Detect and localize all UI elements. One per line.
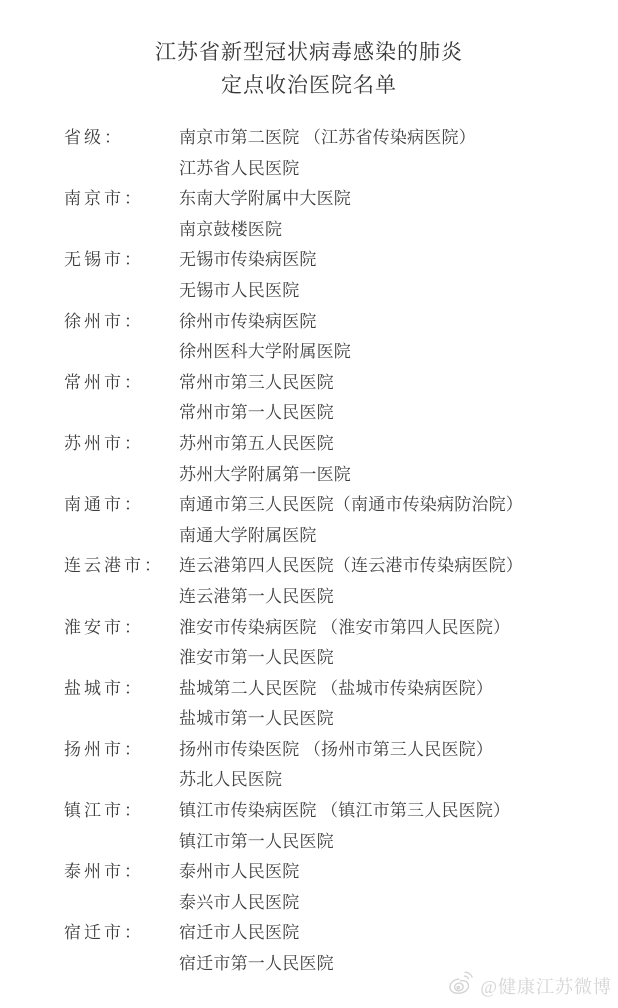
list-row: 徐州医科大学附属医院: [64, 337, 618, 368]
hospital-name: 淮安市第一人民医院: [179, 643, 618, 674]
region-label: 省级：: [64, 123, 179, 154]
region-label-spacer: [64, 582, 179, 613]
list-row: 徐州市： 徐州市传染病医院: [64, 307, 618, 338]
region-label: 盐城市：: [64, 674, 179, 705]
hospital-name: 徐州医科大学附属医院: [179, 337, 618, 368]
list-row: 盐城市： 盐城第二人民医院 （盐城市传染病医院）: [64, 674, 618, 705]
region-label-spacer: [64, 827, 179, 858]
region-label-spacer: [64, 949, 179, 980]
region-label: 连云港市：: [64, 551, 179, 582]
hospital-name: 淮安市传染病医院 （淮安市第四人民医院）: [179, 613, 618, 644]
hospital-name: 泰州市人民医院: [179, 857, 618, 888]
region-label: 无锡市：: [64, 245, 179, 276]
list-row: 苏州大学附属第一医院: [64, 460, 618, 491]
hospital-name: 泰兴市人民医院: [179, 888, 618, 919]
hospital-name: 苏州市第五人民医院: [179, 429, 618, 460]
hospital-name: 连云港第一人民医院: [179, 582, 618, 613]
list-row: 南通大学附属医院: [64, 521, 618, 552]
region-label-spacer: [64, 704, 179, 735]
list-row: 宿迁市： 宿迁市人民医院: [64, 918, 618, 949]
hospital-group-wuxi: 无锡市： 无锡市传染病医院 无锡市人民医院: [64, 245, 618, 306]
hospital-group-changzhou: 常州市： 常州市第三人民医院 常州市第一人民医院: [64, 368, 618, 429]
region-label: 镇江市：: [64, 796, 179, 827]
hospital-name: 连云港第四人民医院（连云港市传染病医院）: [179, 551, 618, 582]
hospital-group-yancheng: 盐城市： 盐城第二人民医院 （盐城市传染病医院） 盐城市第一人民医院: [64, 674, 618, 735]
region-label: 泰州市：: [64, 857, 179, 888]
region-label: 淮安市：: [64, 613, 179, 644]
hospital-name: 常州市第一人民医院: [179, 398, 618, 429]
list-row: 镇江市： 镇江市传染病医院 （镇江市第三人民医院）: [64, 796, 618, 827]
region-label-spacer: [64, 888, 179, 919]
region-label-spacer: [64, 337, 179, 368]
hospital-name: 无锡市传染病医院: [179, 245, 618, 276]
list-row: 淮安市： 淮安市传染病医院 （淮安市第四人民医院）: [64, 613, 618, 644]
region-label-spacer: [64, 398, 179, 429]
hospital-name: 苏北人民医院: [179, 765, 618, 796]
hospital-name: 南京鼓楼医院: [179, 215, 618, 246]
hospital-name: 扬州市传染医院 （扬州市第三人民医院）: [179, 735, 618, 766]
weibo-logo-icon: [444, 968, 479, 1005]
region-label: 南通市：: [64, 490, 179, 521]
hospital-name: 南通大学附属医院: [179, 521, 618, 552]
hospital-group-lianyungang: 连云港市： 连云港第四人民医院（连云港市传染病医院） 连云港第一人民医院: [64, 551, 618, 612]
hospital-group-xuzhou: 徐州市： 徐州市传染病医院 徐州医科大学附属医院: [64, 307, 618, 368]
hospital-name: 江苏省人民医院: [179, 154, 618, 185]
hospital-group-huaian: 淮安市： 淮安市传染病医院 （淮安市第四人民医院） 淮安市第一人民医院: [64, 613, 618, 674]
hospital-name: 徐州市传染病医院: [179, 307, 618, 338]
title-line-1: 江苏省新型冠状病毒感染的肺炎: [0, 36, 618, 69]
list-row: 镇江市第一人民医院: [64, 827, 618, 858]
list-row: 苏州市： 苏州市第五人民医院: [64, 429, 618, 460]
list-row: 南京市： 东南大学附属中大医院: [64, 184, 618, 215]
document-title: 江苏省新型冠状病毒感染的肺炎 定点收治医院名单: [0, 36, 618, 102]
hospital-name: 盐城市第一人民医院: [179, 704, 618, 735]
region-label-spacer: [64, 215, 179, 246]
list-row: 无锡市人民医院: [64, 276, 618, 307]
hospital-group-zhenjiang: 镇江市： 镇江市传染病医院 （镇江市第三人民医院） 镇江市第一人民医院: [64, 796, 618, 857]
document-page: 江苏省新型冠状病毒感染的肺炎 定点收治医院名单 省级： 南京市第二医院 （江苏省…: [0, 0, 618, 1008]
list-row: 江苏省人民医院: [64, 154, 618, 185]
region-label-spacer: [64, 154, 179, 185]
hospital-name: 苏州大学附属第一医院: [179, 460, 618, 491]
list-row: 连云港第一人民医院: [64, 582, 618, 613]
title-line-2: 定点收治医院名单: [0, 69, 618, 102]
region-label-spacer: [64, 643, 179, 674]
list-row: 连云港市： 连云港第四人民医院（连云港市传染病医院）: [64, 551, 618, 582]
watermark-text: @健康江苏微博: [480, 973, 612, 999]
region-label-spacer: [64, 521, 179, 552]
hospital-group-nantong: 南通市： 南通市第三人民医院（南通市传染病防治院） 南通大学附属医院: [64, 490, 618, 551]
hospital-name: 无锡市人民医院: [179, 276, 618, 307]
hospital-group-nanjing: 南京市： 东南大学附属中大医院 南京鼓楼医院: [64, 184, 618, 245]
region-label: 南京市：: [64, 184, 179, 215]
list-row: 泰兴市人民医院: [64, 888, 618, 919]
region-label-spacer: [64, 276, 179, 307]
region-label: 常州市：: [64, 368, 179, 399]
hospital-name: 镇江市第一人民医院: [179, 827, 618, 858]
region-label: 扬州市：: [64, 735, 179, 766]
hospital-group-suzhou: 苏州市： 苏州市第五人民医院 苏州大学附属第一医院: [64, 429, 618, 490]
list-row: 南京鼓楼医院: [64, 215, 618, 246]
list-row: 淮安市第一人民医院: [64, 643, 618, 674]
list-row: 常州市第一人民医院: [64, 398, 618, 429]
hospital-group-taizhou: 泰州市： 泰州市人民医院 泰兴市人民医院: [64, 857, 618, 918]
hospital-name: 镇江市传染病医院 （镇江市第三人民医院）: [179, 796, 618, 827]
list-row: 南通市： 南通市第三人民医院（南通市传染病防治院）: [64, 490, 618, 521]
list-row: 泰州市： 泰州市人民医院: [64, 857, 618, 888]
region-label: 苏州市：: [64, 429, 179, 460]
hospital-group-yangzhou: 扬州市： 扬州市传染医院 （扬州市第三人民医院） 苏北人民医院: [64, 735, 618, 796]
hospital-list: 省级： 南京市第二医院 （江苏省传染病医院） 江苏省人民医院 南京市： 东南大学…: [64, 123, 618, 980]
list-row: 盐城市第一人民医院: [64, 704, 618, 735]
hospital-name: 盐城第二人民医院 （盐城市传染病医院）: [179, 674, 618, 705]
hospital-name: 宿迁市人民医院: [179, 918, 618, 949]
list-row: 扬州市： 扬州市传染医院 （扬州市第三人民医院）: [64, 735, 618, 766]
weibo-watermark: @健康江苏微博: [446, 970, 612, 1002]
hospital-name: 南京市第二医院 （江苏省传染病医院）: [179, 123, 618, 154]
list-row: 苏北人民医院: [64, 765, 618, 796]
hospital-name: 东南大学附属中大医院: [179, 184, 618, 215]
hospital-group-provincial: 省级： 南京市第二医院 （江苏省传染病医院） 江苏省人民医院: [64, 123, 618, 184]
region-label-spacer: [64, 765, 179, 796]
region-label: 徐州市：: [64, 307, 179, 338]
list-row: 常州市： 常州市第三人民医院: [64, 368, 618, 399]
hospital-name: 常州市第三人民医院: [179, 368, 618, 399]
list-row: 省级： 南京市第二医院 （江苏省传染病医院）: [64, 123, 618, 154]
region-label: 宿迁市：: [64, 918, 179, 949]
hospital-name: 南通市第三人民医院（南通市传染病防治院）: [179, 490, 618, 521]
region-label-spacer: [64, 460, 179, 491]
list-row: 无锡市： 无锡市传染病医院: [64, 245, 618, 276]
